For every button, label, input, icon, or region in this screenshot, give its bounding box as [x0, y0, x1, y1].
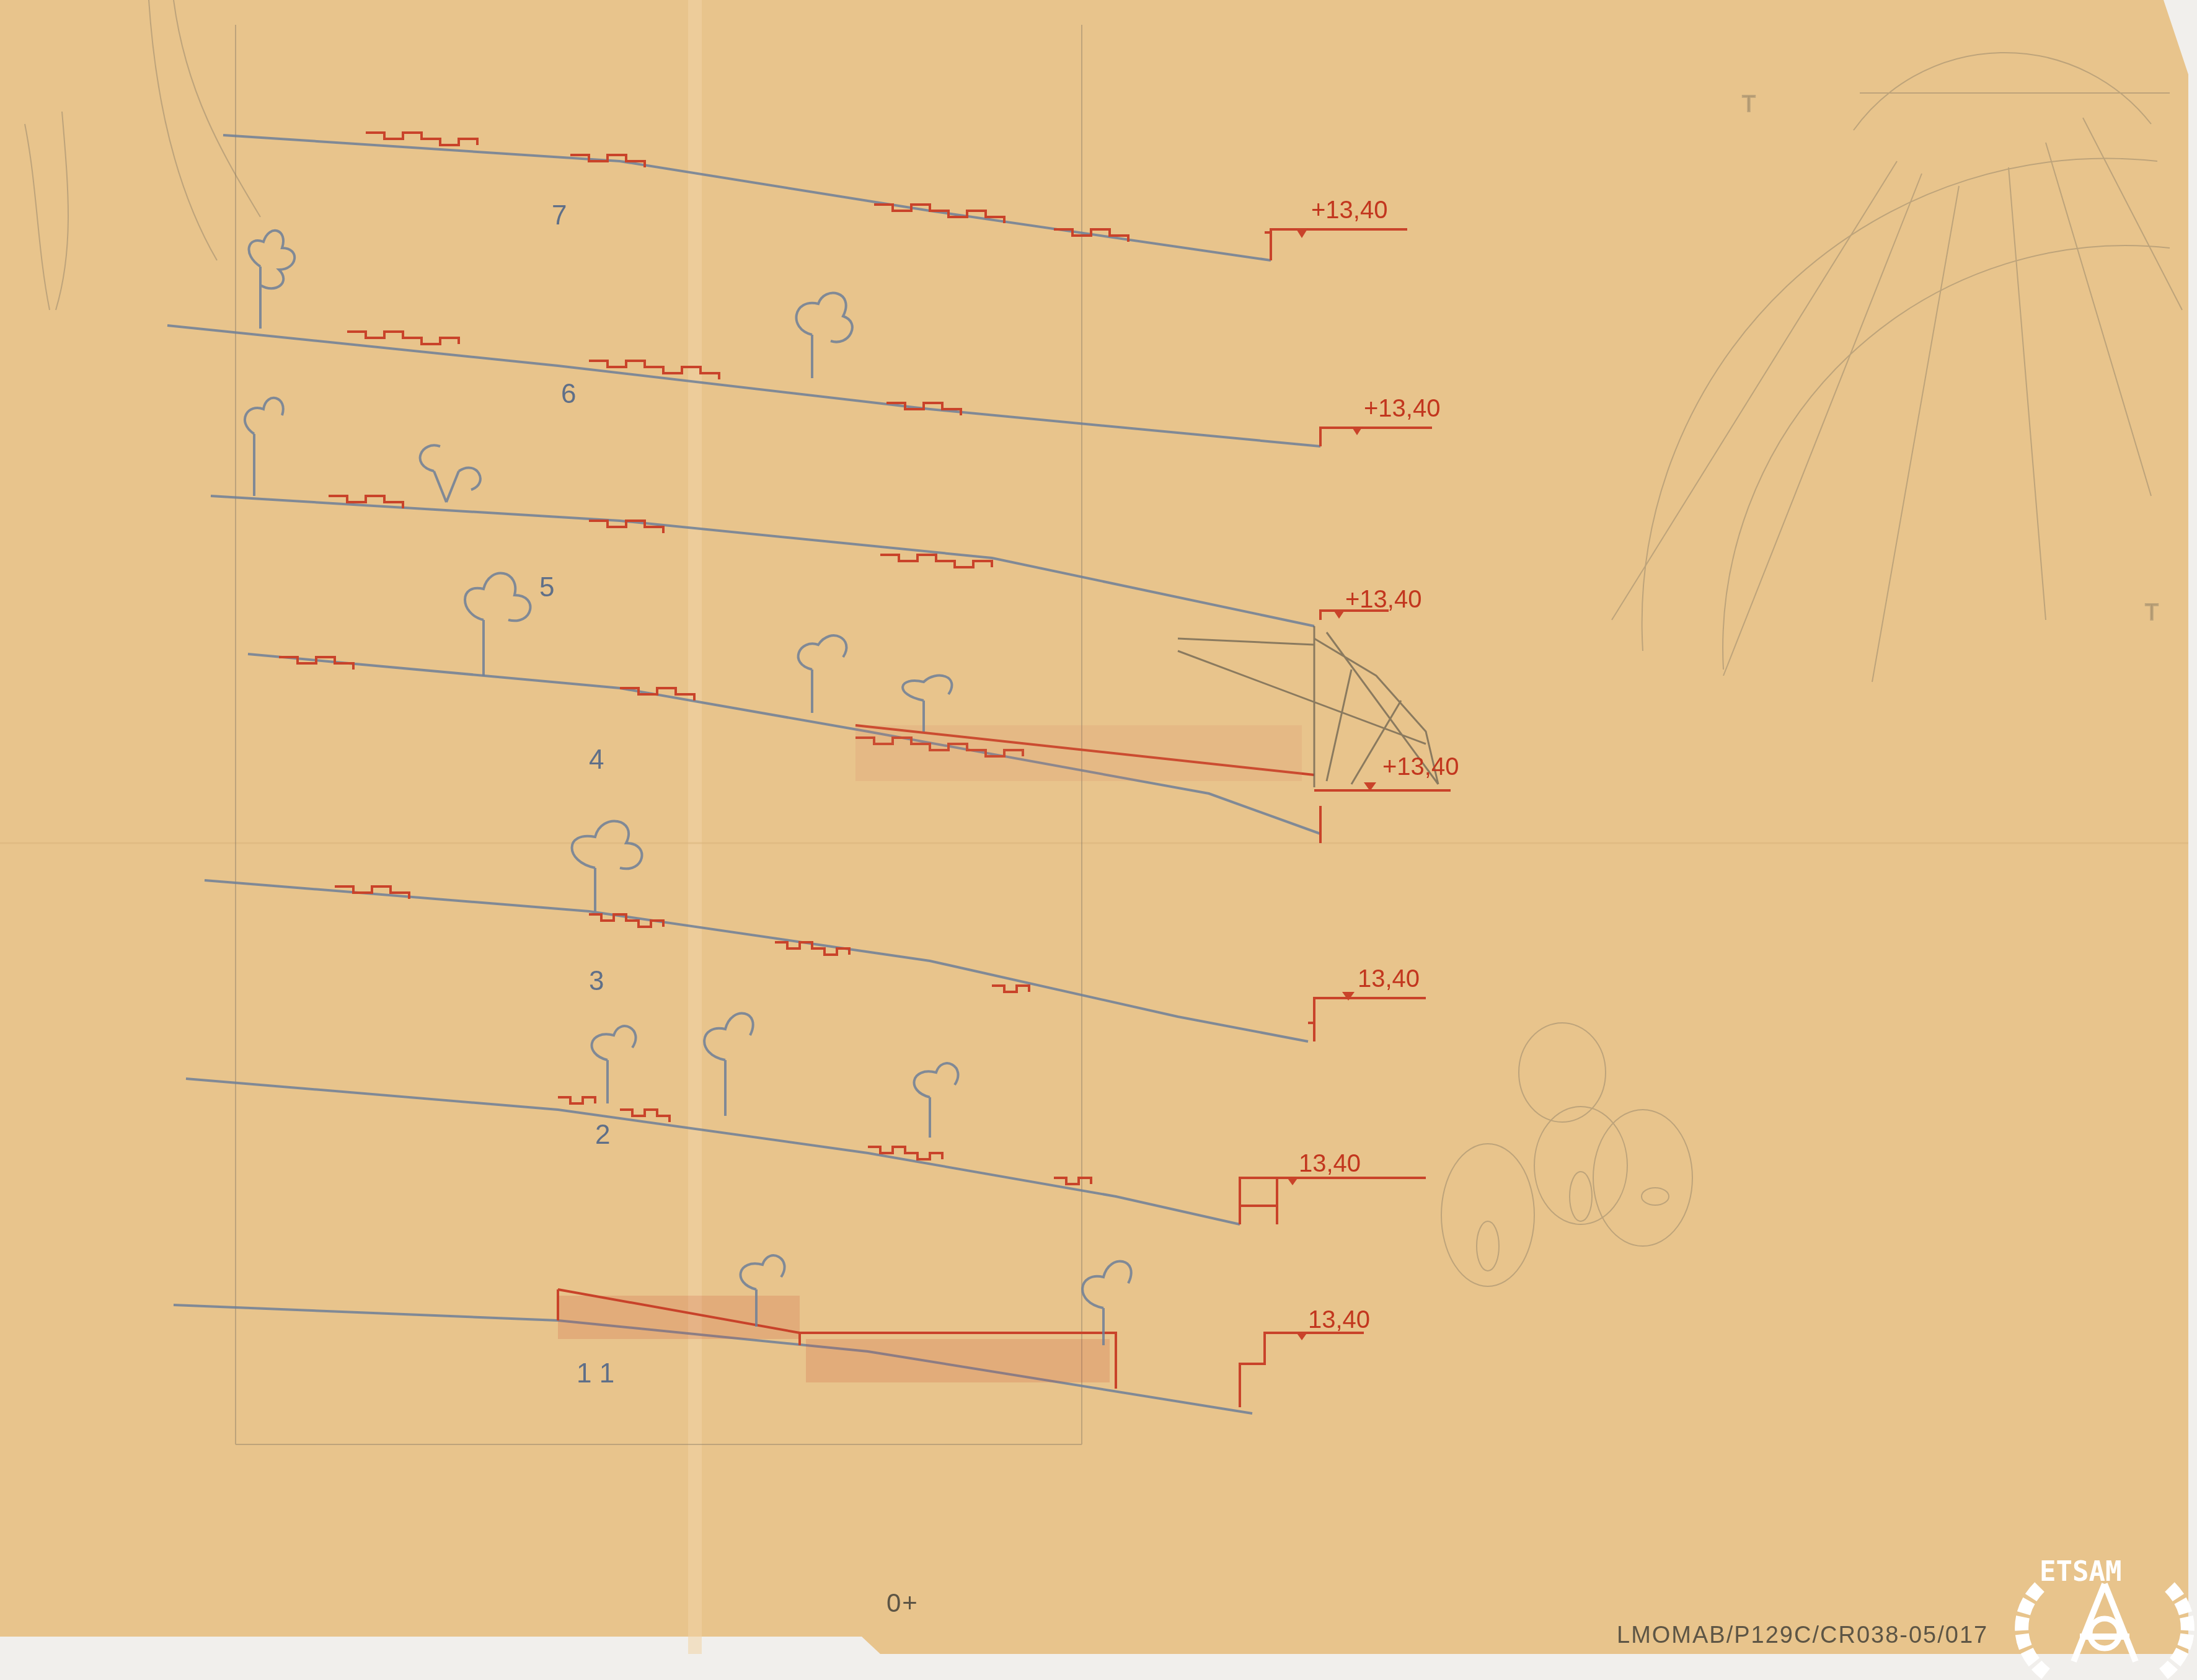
plan-section-mark: T: [1742, 91, 1757, 117]
section-4-number: 4: [589, 745, 604, 775]
section-5-number: 5: [539, 572, 554, 603]
tracing-paper: [0, 0, 2188, 1654]
section-3-number: 3: [589, 966, 604, 996]
section-2-level: 13,40: [1299, 1150, 1361, 1177]
section-1-number: 1 1: [577, 1358, 614, 1389]
archive-reference: LMOMAB/P129C/CR038-05/017: [1617, 1622, 1988, 1648]
section-7-level: +13,40: [1311, 197, 1387, 224]
corner-note: 0+: [886, 1588, 919, 1617]
section-1-level: 13,40: [1308, 1306, 1370, 1333]
section-3-level: 13,40: [1358, 965, 1420, 993]
plan-section-mark: T: [2145, 599, 2160, 625]
drawing-sheet: +13,40 7 +13,40 6 5 +13,40 +13,40 4: [0, 0, 2197, 1680]
section-6-number: 6: [561, 379, 576, 409]
section-7-number: 7: [552, 200, 567, 231]
section-4-level: +13,40: [1345, 586, 1421, 613]
svg-text:ETSAM: ETSAM: [2040, 1556, 2121, 1588]
section-2-number: 2: [595, 1120, 610, 1150]
section-4-inner-level: +13,40: [1382, 753, 1459, 780]
section-6-level: +13,40: [1364, 395, 1440, 422]
